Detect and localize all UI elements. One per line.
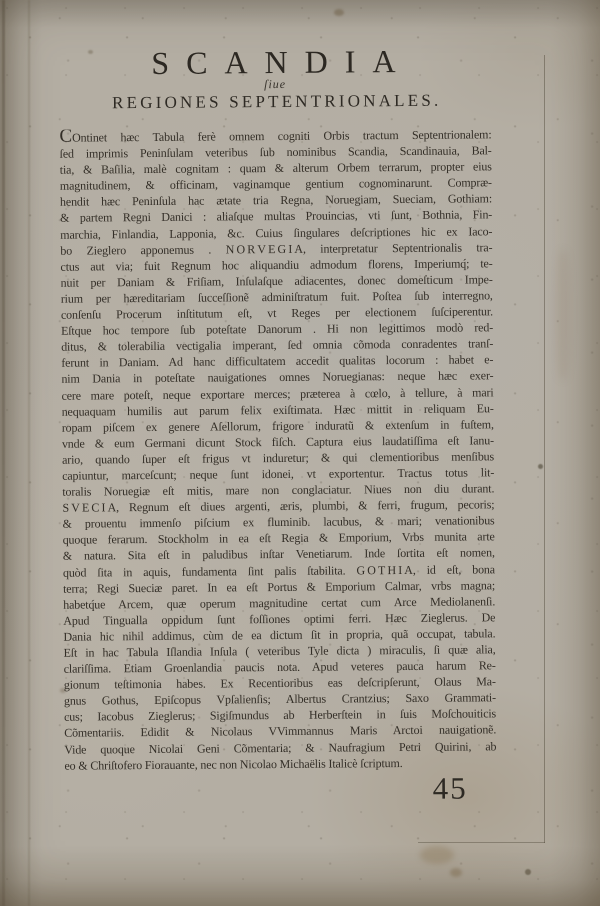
left-fold-crease xyxy=(28,0,30,906)
plate-mark-vertical xyxy=(544,55,545,843)
page-heading: REGIONES SEPTENTRIONALES. xyxy=(59,90,491,113)
page-number: 45 xyxy=(433,771,468,807)
paper-stain xyxy=(525,869,531,875)
paper-stain xyxy=(538,464,543,469)
scanned-book-page: SCANDIA ſiue REGIONES SEPTENTRIONALES. C… xyxy=(0,0,600,906)
text-line: Vide quoque Nicolai Geni Cõmentaria; & N… xyxy=(64,738,496,757)
left-page-edge-crease xyxy=(2,0,5,906)
paper-stain xyxy=(556,250,570,380)
body-text: COntinet hæc Tabula ferè omnem cogniti O… xyxy=(59,126,496,773)
page-content: SCANDIA ſiue REGIONES SEPTENTRIONALES. C… xyxy=(58,0,497,906)
